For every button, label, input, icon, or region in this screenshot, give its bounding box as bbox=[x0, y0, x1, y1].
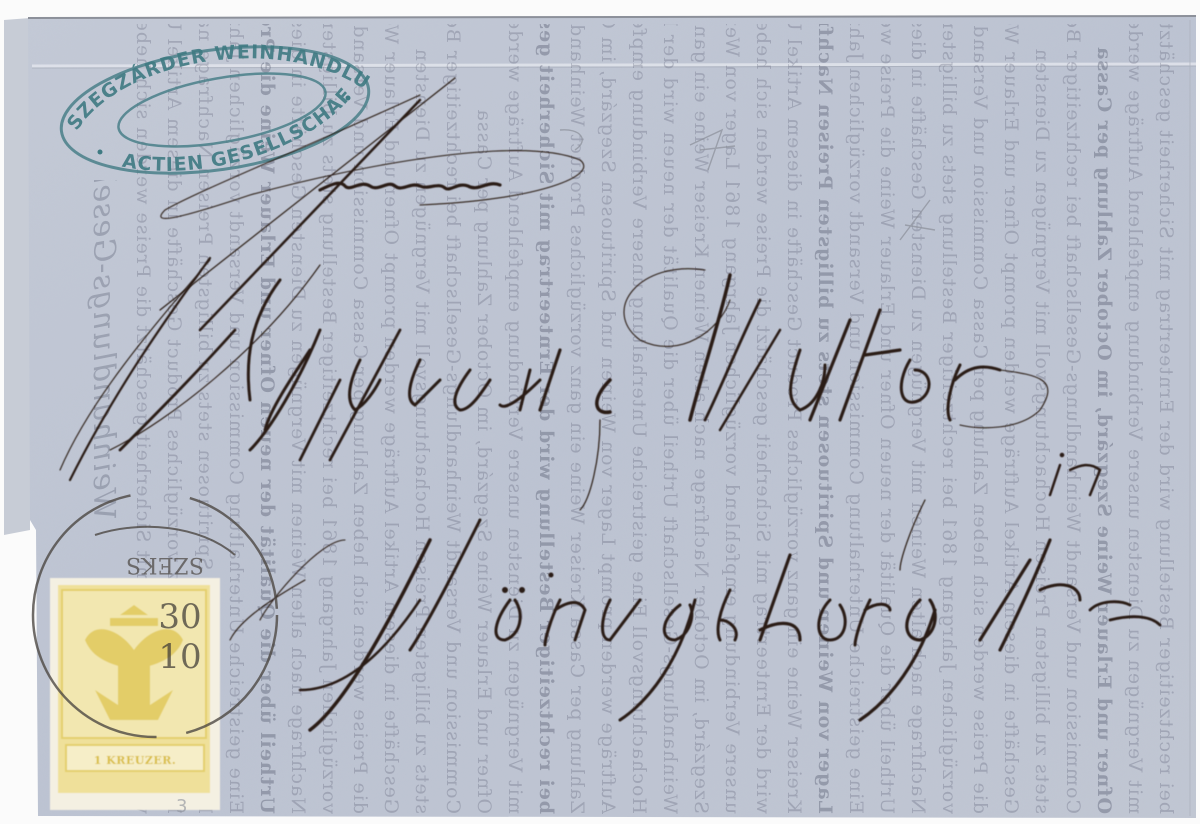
pencil-note: 3 bbox=[176, 796, 187, 817]
handwriting-destination bbox=[230, 500, 1160, 730]
postmark-town: SZEKS bbox=[126, 552, 204, 577]
ink-layer: SZEGZÁRDER WEINHANDLUNGS ACTIEN GESELLSC… bbox=[0, 0, 1200, 824]
postmark-day: 30 bbox=[158, 597, 201, 637]
postmark-month: 10 bbox=[158, 637, 201, 677]
pencil-notes bbox=[560, 130, 935, 240]
handwriting-preposition bbox=[1050, 453, 1100, 495]
postal-cover: wird der Ernteertrag mit Sicherheit gesc… bbox=[0, 0, 1200, 824]
handwriting-recipient bbox=[60, 258, 1048, 510]
handwriting-salutation bbox=[160, 78, 584, 330]
stamp-denomination: 1 KREUZER. bbox=[94, 754, 177, 767]
